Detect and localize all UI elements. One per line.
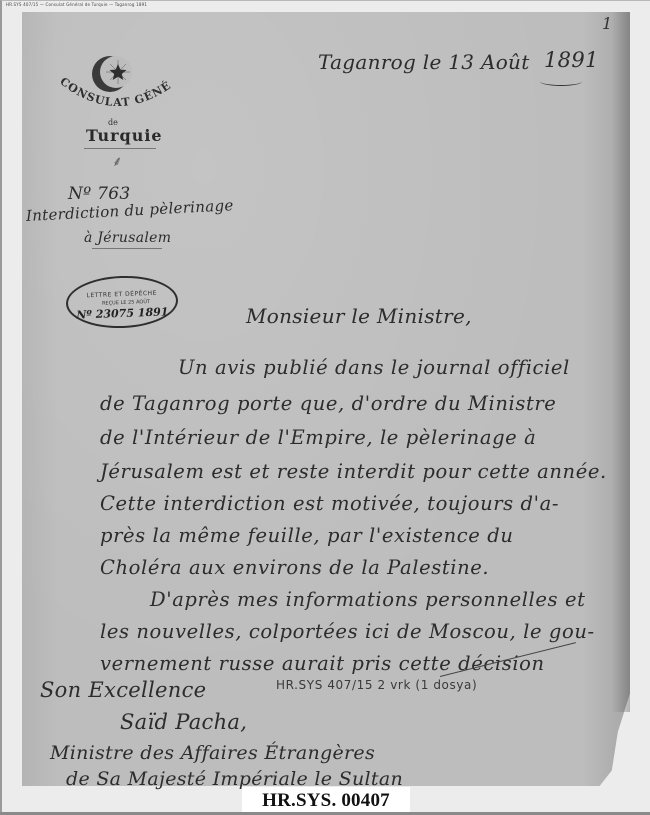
salutation: Monsieur le Ministre, (246, 304, 472, 328)
body-line: Choléra aux environs de la Palestine. (100, 556, 489, 579)
body-line: Un avis publié dans le journal officiel (178, 356, 570, 379)
pencil-annotation: HR.SYS 407/15 2 vrk (1 dosya) (276, 678, 477, 692)
date-year: 1891 (544, 48, 599, 72)
page-number: 1 (602, 14, 612, 33)
stamp-number: Nº 23075 1891 (68, 305, 176, 322)
letterhead-country: Turquie (86, 126, 163, 145)
body-line: vernement russe aurait pris cette décisi… (100, 652, 545, 675)
archive-label: HR.SYS. 00407 (242, 787, 410, 815)
body-line: Jérusalem est et reste interdit pour cet… (100, 460, 607, 483)
body-line: de Taganrog porte que, d'ordre du Minist… (100, 392, 556, 415)
letterhead-divider (84, 148, 156, 149)
body-line: de l'Intérieur de l'Empire, le pèlerinag… (100, 426, 536, 449)
svg-text:CONSULAT GÉNÉRAL: CONSULAT GÉNÉRAL (50, 78, 174, 109)
body-line: Cette interdiction est motivée, toujours… (100, 492, 559, 515)
year-flourish (540, 77, 582, 86)
subject-line-2: à Jérusalem (84, 230, 171, 246)
addressee-line-1: Son Excellence (40, 678, 206, 702)
body-line: les nouvelles, colportées ici de Moscou,… (100, 620, 595, 643)
subject-divider (92, 248, 162, 249)
addressee-line-3: Ministre des Affaires Étrangères (50, 742, 375, 764)
addressee-line-2: Saïd Pacha, (120, 710, 247, 734)
dateline: Taganrog le 13 Août (318, 50, 530, 74)
flourish-ornament-icon: ⸙ (112, 152, 123, 171)
scan-header-text: HR.SYS 407/15 — Consulat Général de Turq… (6, 2, 147, 7)
letterhead-title: CONSULAT GÉNÉRAL (50, 78, 180, 118)
body-line: près la même feuille, par l'existence du (100, 524, 513, 547)
body-line: D'après mes informations personnelles et (150, 588, 586, 611)
